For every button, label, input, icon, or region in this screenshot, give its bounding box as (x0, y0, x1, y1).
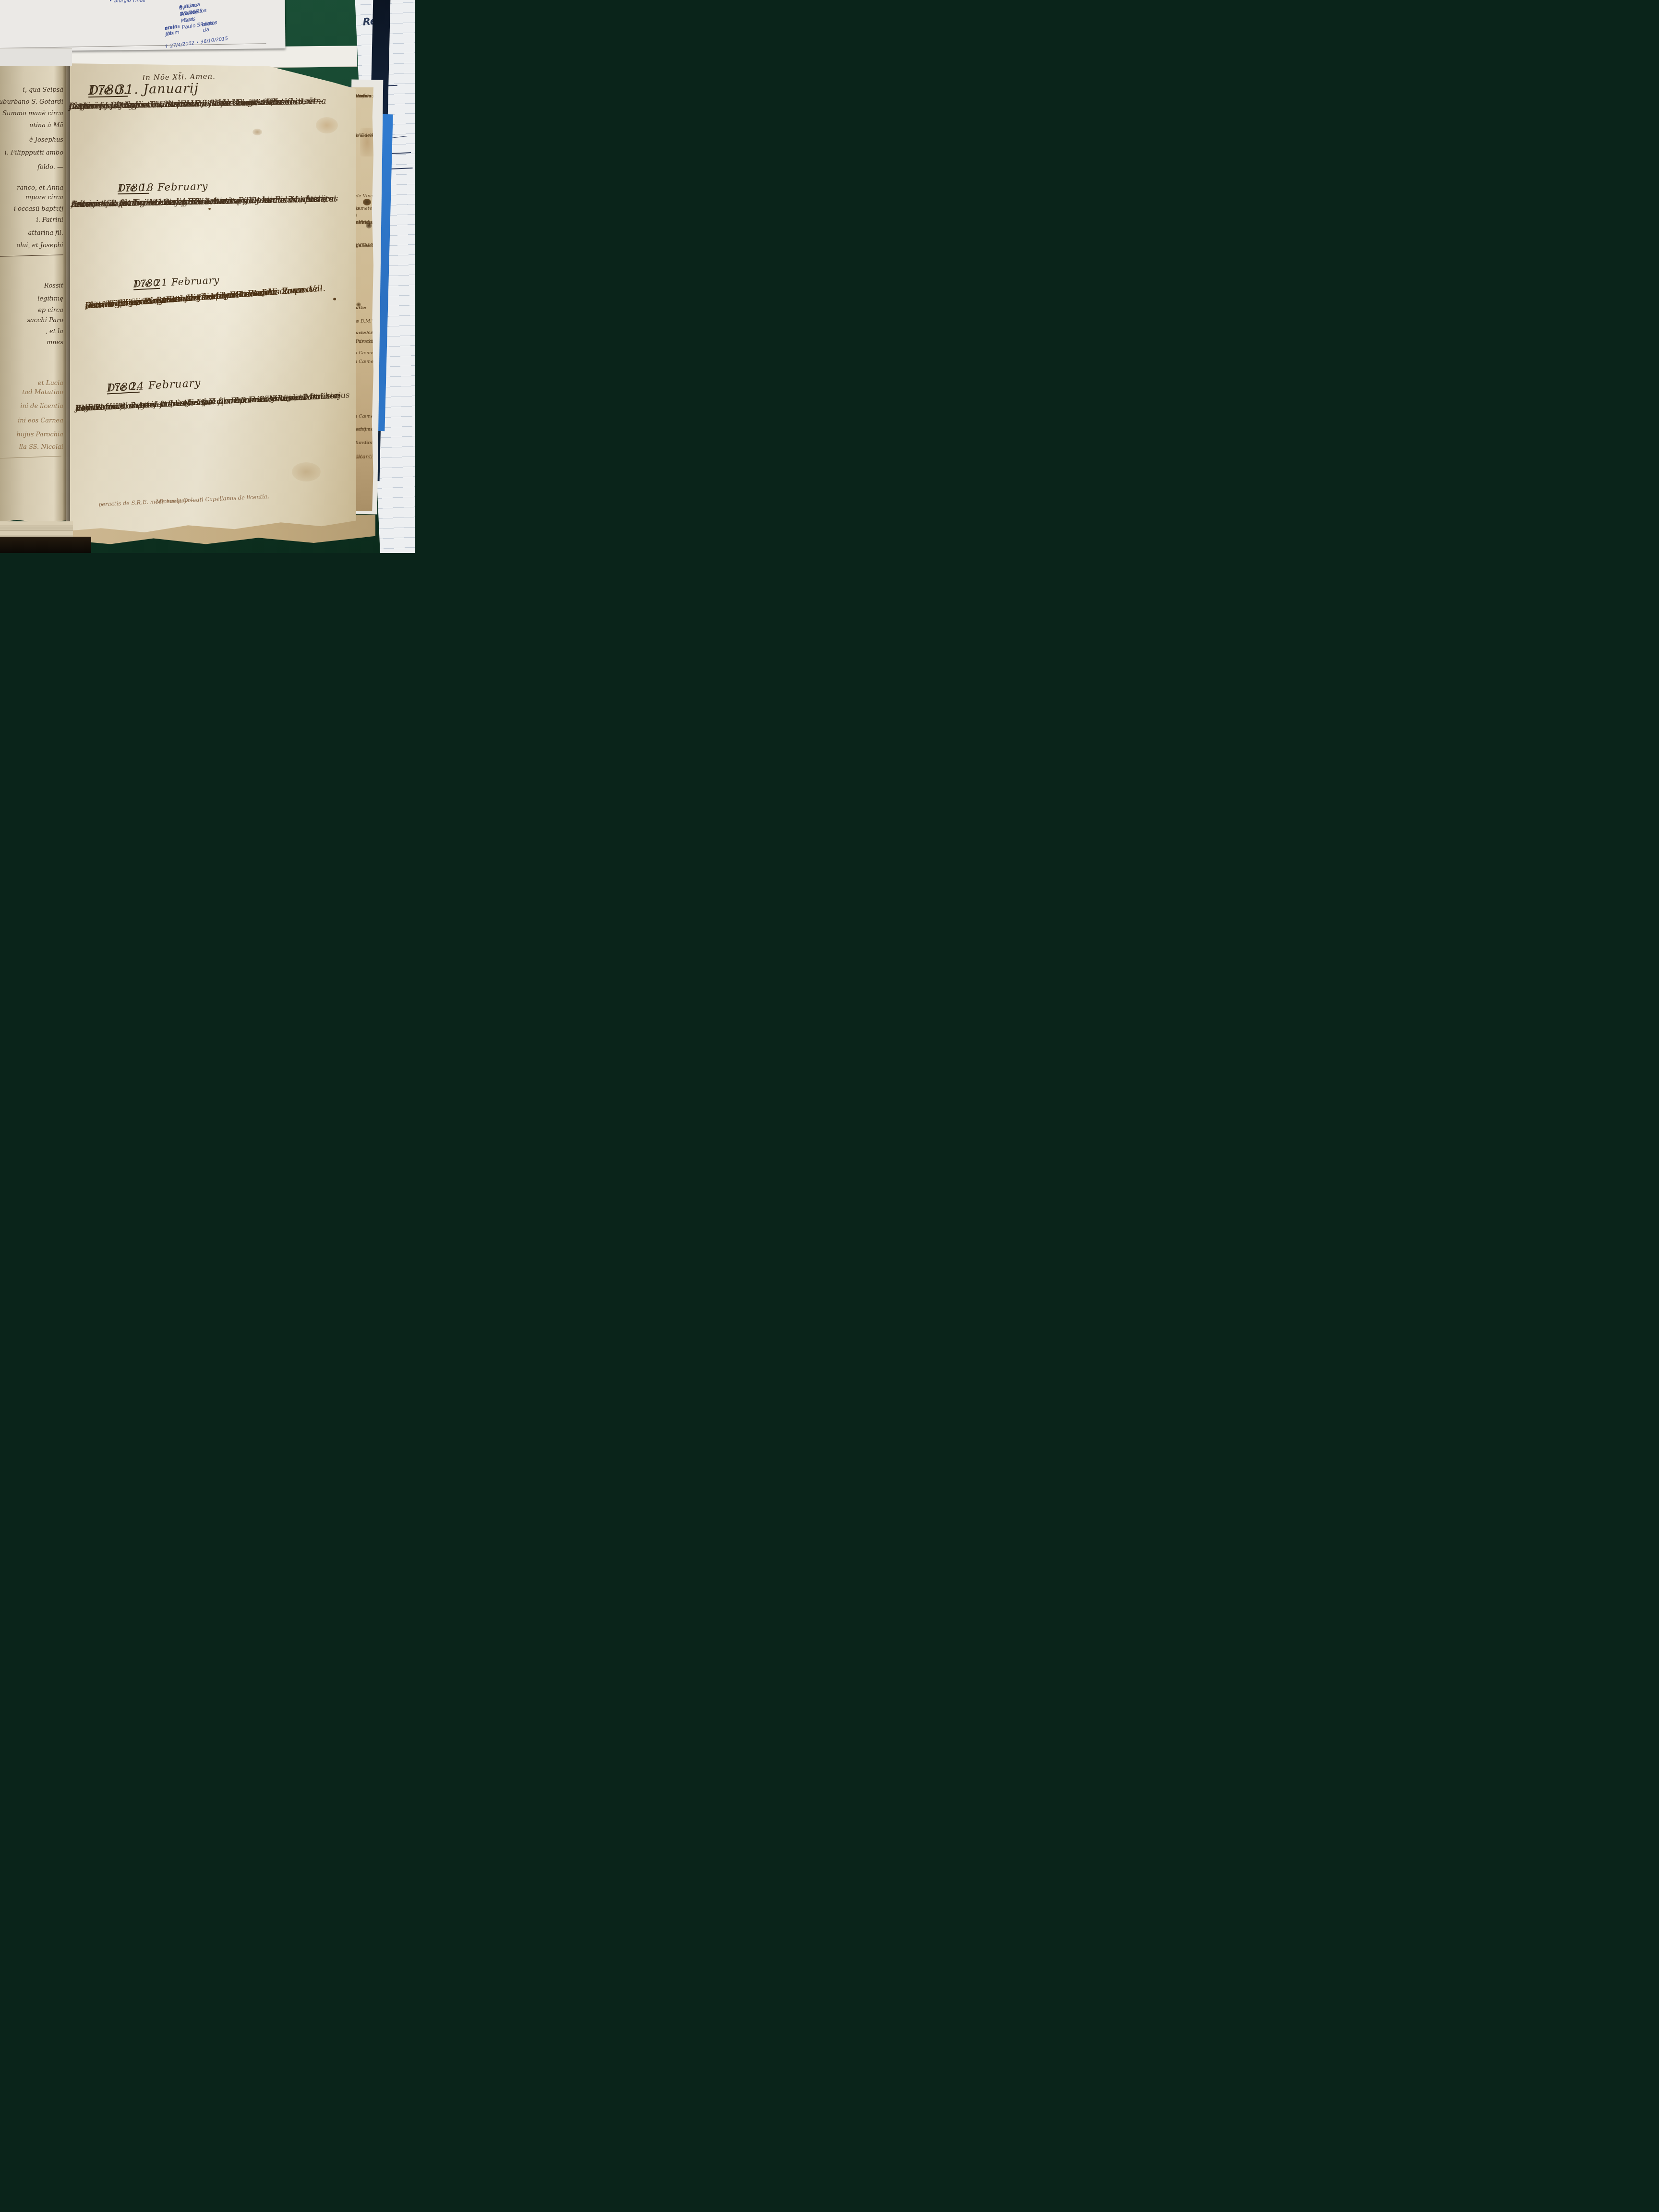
ink-blot (363, 199, 371, 205)
sheet-stack-edge (0, 48, 72, 66)
page-footer-note: peractis de S.R.E. more exequijs — Micha… (98, 493, 269, 508)
left-page-fragment: i. Patrini (36, 216, 63, 224)
left-page-fragment: mnes (47, 339, 63, 346)
left-page-fragment: lla SS. Nicolai (19, 444, 63, 451)
entry-year: 1780. (88, 83, 128, 98)
left-page-fragment: i, qua Seipsā (23, 86, 64, 94)
left-page-fragment: hujus Parochia (17, 431, 63, 438)
left-page-fragment: mpore circa (25, 194, 63, 201)
genealogy-note-sheet: Giorgio Tinos Juliana Voxavellos Mauls (… (0, 0, 286, 51)
entry-paragraph: Dominica filia legitima, et naturalis Fr… (84, 279, 361, 300)
left-page-fragment: ranco, et Anna (17, 184, 63, 192)
left-page-fragment: legitimę (37, 295, 63, 302)
left-page-fragment: Rossit (44, 282, 63, 289)
ink-dot (333, 298, 336, 301)
page-fold-line (0, 456, 61, 458)
entry-line: de Strafoldo. ———— (75, 397, 162, 415)
invocation: In Nõe Xt̃i. Amen. (142, 72, 216, 82)
left-page-fragment: i occasū baptztj (14, 205, 63, 213)
note-line: ✝ 7/2/1975 - San Paulo SP (179, 1, 205, 31)
entry-divider-rule (0, 254, 63, 256)
left-page-fragment: ini eos Carnea (18, 417, 63, 424)
left-page-fragment: è Josephus (29, 136, 63, 144)
left-page-fragment: uburbano S. Gotardi (0, 98, 63, 106)
left-page-fragment: Summo manè circa (2, 110, 63, 117)
manuscript-page: In Nõe Xt̃i. Amen. Die 31. Januarij 1780… (66, 61, 356, 536)
left-page-fragment: , et la (46, 328, 63, 335)
ink-blot (366, 223, 372, 228)
paper-stain (360, 128, 374, 156)
entry-line: Perugini ambo Incolæ hujus Parochiæ. ———… (71, 193, 268, 211)
left-book-page: i, qua Seipsā uburbano S. Gotardi Summo … (0, 46, 67, 524)
book-bottom-shadow (0, 537, 91, 553)
left-page-fragment: sacchi Paro (27, 317, 63, 324)
ink-blot (356, 302, 361, 307)
ink-dot (208, 208, 211, 210)
footer-left-text: peractis de S.R.E. more exequijs — (98, 496, 197, 508)
note-dates: ✝ 27/4/2002 ∙ 36/10/2015 (164, 36, 228, 50)
note-giorgio: Giorgio Tinos (109, 0, 145, 5)
left-page-fragment: foldo. — (37, 164, 63, 171)
left-page-fragment: et Lucia (38, 380, 63, 387)
entry-year: 1780. (107, 381, 140, 395)
left-page-fragment: tad Matutino (22, 389, 63, 396)
left-page-fragment: attarina fil. (28, 229, 63, 237)
left-page-fragment: i. Filippputti ambo (5, 149, 63, 156)
left-page-fragment: ini de licentia (20, 403, 63, 410)
left-page-fragment: utina à Mā (29, 122, 63, 129)
entry-paragraph: Franciscus fil. leg. et naalis Sebastian… (71, 192, 349, 198)
left-page-fragment: ep circa (38, 307, 63, 314)
entry-year: 1780 (133, 277, 160, 290)
book-gutter-shadow (62, 53, 70, 526)
photo-baptismal-register: Re Re Strafoloultivo ta ad suumo coràm A… (0, 0, 415, 553)
left-page-fragment: olai, et Josephi (17, 242, 63, 249)
entry-line: filia Andreæ Pizzamei Omnes de Strasoldo (84, 286, 276, 313)
page-content: In Nõe Xt̃i. Amen. Die 31. Januarij 1780… (61, 59, 361, 539)
entry-year: 1780. (118, 182, 149, 194)
